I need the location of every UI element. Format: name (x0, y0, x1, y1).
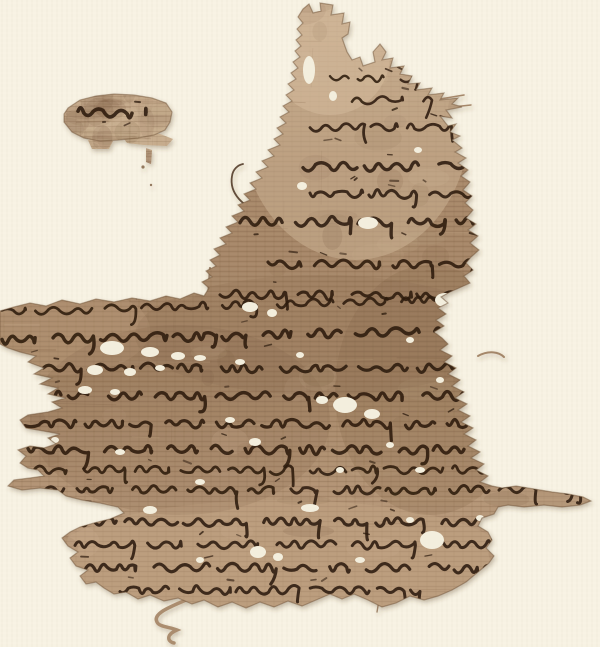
papyrus-photograph (0, 0, 600, 647)
papyrus-scene (0, 0, 600, 647)
photo-canvas: { "meta": { "type": "photograph", "subje… (0, 0, 600, 647)
